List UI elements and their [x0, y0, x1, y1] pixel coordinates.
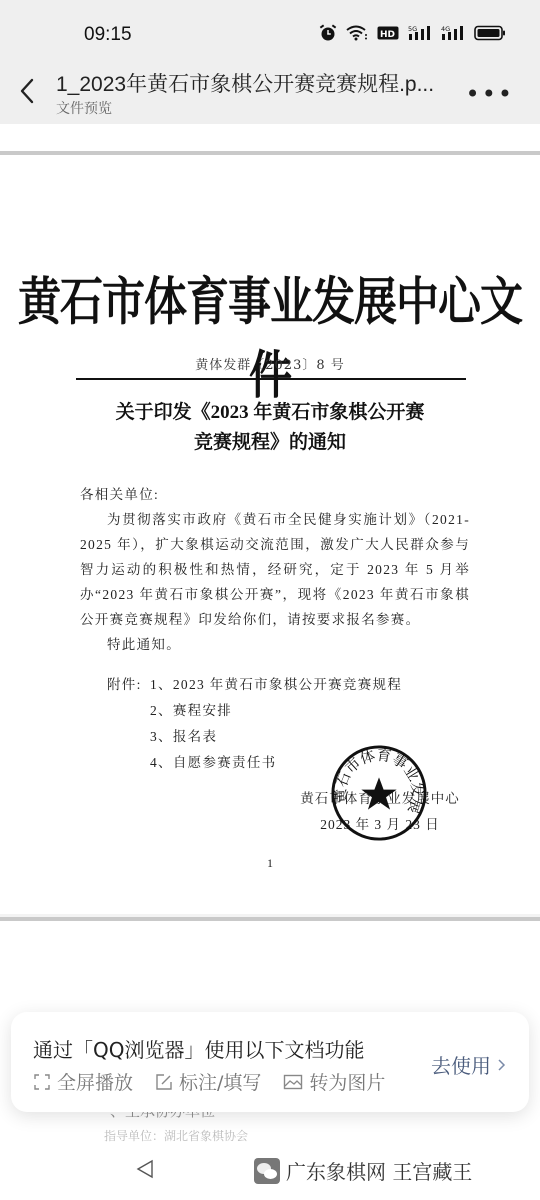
org-heading: 黄石市体育事业发展中心文件 — [0, 262, 540, 408]
signal-4g-icon: 4G — [441, 25, 465, 41]
battery-icon — [474, 25, 506, 41]
file-subtitle: 文件预览 — [56, 98, 112, 118]
feature-label: 转为图片 — [309, 1068, 385, 1095]
page-number: 1 — [0, 856, 540, 871]
official-seal-icon: 黄石市体育事业发展中心 — [330, 744, 428, 842]
red-head-rule — [76, 378, 466, 380]
qq-browser-promo-card[interactable]: 通过「QQ浏览器」使用以下文档功能 全屏播放 标注/填写 转为图片 去使用 — [11, 1012, 529, 1112]
clock: 09:15 — [84, 24, 132, 46]
fullscreen-icon — [33, 1073, 51, 1091]
svg-text:HD: HD — [380, 30, 395, 40]
edit-icon — [155, 1073, 173, 1091]
feature-to-image[interactable]: 转为图片 — [283, 1068, 385, 1095]
app-header: 1_2023年黄石市象棋公开赛竞赛规程.p... 文件预览 ••• — [0, 62, 540, 124]
next-page-line: 指导单位：湖北省象棋协会 — [104, 1127, 248, 1144]
alarm-icon — [319, 24, 337, 42]
signal-5g-icon: 5G — [408, 25, 432, 41]
closing: 特此通知。 — [80, 632, 470, 657]
attachment-item: 4、自愿参赛责任书 — [150, 750, 276, 776]
salutation: 各相关单位: — [80, 482, 470, 507]
feature-label: 标注/填写 — [179, 1068, 261, 1095]
go-use-label: 去使用 — [431, 1050, 491, 1079]
chevron-left-icon — [14, 76, 42, 106]
notice-title: 关于印发《2023 年黄石市象棋公开赛 竞赛规程》的通知 — [0, 398, 540, 458]
promo-features: 全屏播放 标注/填写 转为图片 — [33, 1068, 385, 1095]
system-nav-bar: 广东象棋网 王宫藏王 — [0, 1150, 540, 1200]
svg-text:5G: 5G — [408, 25, 417, 33]
attachments-label: 附件: — [107, 672, 150, 698]
notice-title-line-2: 竞赛规程》的通知 — [0, 428, 540, 458]
notice-body: 各相关单位: 为贯彻落实市政府《黄石市全民健身实施计划》（2021-2025 年… — [80, 482, 470, 657]
wifi-icon — [346, 25, 368, 41]
chevron-right-icon — [497, 1057, 507, 1073]
promo-title: 通过「QQ浏览器」使用以下文档功能 — [33, 1034, 364, 1063]
watermark: 广东象棋网 王宫藏王 — [254, 1156, 472, 1185]
attachment-item: 1、2023 年黄石市象棋公开赛竞赛规程 — [150, 672, 402, 698]
image-icon — [283, 1073, 303, 1091]
hd-icon: HD — [377, 25, 399, 41]
notice-title-line-1: 关于印发《2023 年黄石市象棋公开赛 — [0, 398, 540, 428]
doc-number: 黄体发群〔2023〕8 号 — [0, 354, 540, 373]
watermark-text: 广东象棋网 王宫藏王 — [286, 1156, 472, 1185]
feature-annotate[interactable]: 标注/填写 — [155, 1068, 261, 1095]
attachment-item: 2、赛程安排 — [150, 698, 232, 724]
attachment-item: 3、报名表 — [150, 724, 217, 750]
triangle-back-icon — [134, 1158, 156, 1180]
nav-back-button[interactable] — [134, 1158, 156, 1184]
back-button[interactable] — [14, 76, 42, 106]
svg-text:4G: 4G — [441, 25, 450, 33]
status-icons: HD 5G 4G — [319, 24, 506, 42]
go-use-button[interactable]: 去使用 — [431, 1050, 507, 1079]
feature-label: 全屏播放 — [57, 1068, 133, 1095]
more-options-button[interactable]: ••• — [466, 80, 514, 108]
feature-fullscreen[interactable]: 全屏播放 — [33, 1068, 133, 1095]
body-paragraph: 为贯彻落实市政府《黄石市全民健身实施计划》（2021-2025 年），扩大象棋运… — [80, 507, 470, 632]
svg-text:黄石市体育事业发展中心: 黄石市体育事业发展中心 — [330, 744, 426, 816]
status-bar: 09:15 HD 5G 4G — [0, 0, 540, 70]
wechat-icon — [254, 1158, 280, 1184]
file-title: 1_2023年黄石市象棋公开赛竞赛规程.p... — [56, 68, 434, 98]
page-separator — [0, 151, 540, 155]
